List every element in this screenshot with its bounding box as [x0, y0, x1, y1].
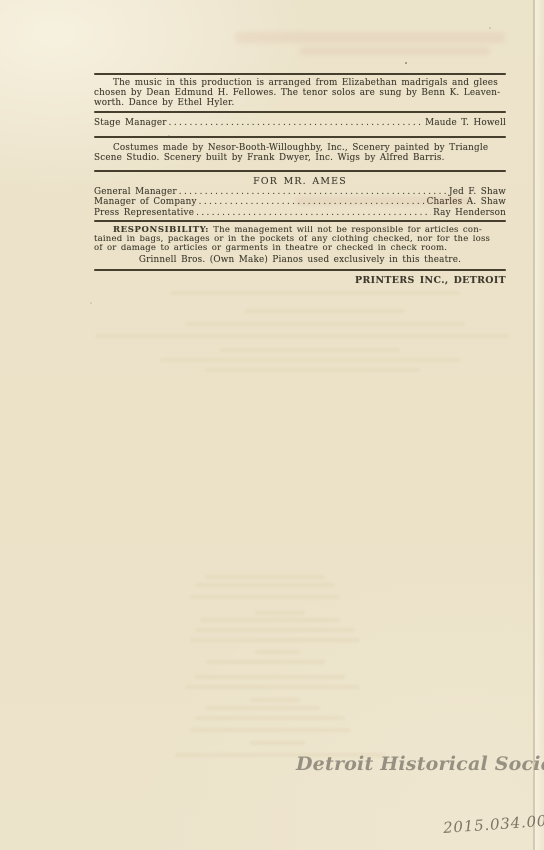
dot-leader: ........................................… — [169, 118, 423, 128]
dust-speck — [90, 302, 92, 304]
paragraph-line: Scene Studio. Scenery built by Frank Dwy… — [94, 153, 506, 163]
credit-role: General Manager — [94, 187, 177, 197]
dust-speck — [489, 27, 491, 29]
paragraph-line: The music in this production is arranged… — [94, 78, 506, 88]
paragraph-line: RESPONSIBILITY: The management will not … — [94, 226, 506, 235]
rule-divider — [94, 111, 506, 113]
rule-divider — [94, 269, 506, 271]
show-through-mark — [190, 638, 360, 642]
show-through-mark — [205, 368, 420, 372]
rule-divider — [94, 220, 506, 222]
show-through-mark — [95, 334, 509, 338]
paragraph-line: Costumes made by Nesor-Booth-Willoughby,… — [94, 143, 506, 153]
show-through-mark — [200, 618, 340, 622]
paragraph-line: tained in bags, packages or in the pocke… — [94, 235, 506, 244]
show-through-mark — [170, 291, 460, 295]
show-through-mark — [250, 741, 305, 745]
show-through-mark — [160, 358, 460, 362]
show-through-mark — [300, 47, 490, 55]
show-through-mark — [195, 583, 335, 587]
dust-speck — [168, 135, 170, 137]
costumes-scenery-paragraph: Costumes made by Nesor-Booth-Willoughby,… — [94, 143, 506, 163]
stage-manager-credit: Stage Manager ..........................… — [94, 118, 506, 128]
show-through-mark — [195, 716, 345, 720]
dot-leader: ........................................… — [179, 187, 447, 197]
show-through-mark — [245, 309, 405, 313]
show-through-mark — [220, 348, 400, 352]
piano-credit-note: Grinnell Bros. (Own Make) Pianos used ex… — [94, 255, 506, 265]
show-through-mark — [190, 728, 350, 732]
rule-divider — [94, 136, 506, 138]
responsibility-label: RESPONSIBILITY: — [113, 226, 209, 235]
show-through-mark — [205, 575, 325, 579]
general-manager-credit: General Manager ........................… — [94, 187, 506, 197]
show-through-mark — [190, 595, 340, 599]
archive-watermark: Detroit Historical Society — [296, 753, 526, 775]
show-through-mark — [205, 660, 325, 664]
show-through-mark — [185, 322, 465, 326]
credit-role: Press Representative — [94, 208, 194, 218]
page-edge-highlight — [535, 0, 544, 850]
credit-name: Ray Henderson — [433, 208, 506, 218]
dot-leader: ........................................… — [196, 208, 431, 218]
show-through-mark — [235, 32, 505, 43]
show-through-mark — [195, 675, 345, 679]
paragraph-line: chosen by Dean Edmund H. Fellowes. The t… — [94, 88, 506, 98]
printer-credit: PRINTERS INC., DETROIT — [94, 276, 506, 286]
handwritten-catalog-number: 2015.034.002 — [443, 811, 544, 837]
paragraph-line: worth. Dance by Ethel Hyler. — [94, 98, 506, 108]
credit-role: Stage Manager — [94, 118, 167, 128]
show-through-mark — [250, 698, 300, 702]
credit-name: Maude T. Howell — [425, 118, 506, 128]
press-representative-credit: Press Representative ...................… — [94, 208, 506, 218]
paragraph-line: of or damage to articles or garments in … — [94, 244, 506, 253]
show-through-mark — [205, 706, 320, 710]
show-through-mark — [255, 611, 305, 615]
show-through-mark — [185, 685, 360, 689]
program-page-scan: The music in this production is arranged… — [0, 0, 544, 850]
responsibility-notice: RESPONSIBILITY: The management will not … — [94, 226, 506, 253]
paragraph-text: The management will not be responsible f… — [213, 226, 482, 235]
show-through-mark — [255, 650, 300, 654]
music-note-paragraph: The music in this production is arranged… — [94, 78, 506, 108]
for-mr-ames-heading: FOR MR. AMES — [94, 176, 506, 187]
rule-divider — [94, 73, 506, 75]
show-through-mark — [195, 628, 355, 632]
rule-divider — [94, 170, 506, 172]
credit-role: Manager of Company — [94, 197, 197, 207]
show-through-mark — [295, 197, 470, 205]
credit-name: Jed F. Shaw — [449, 187, 506, 197]
dust-speck — [405, 62, 407, 64]
